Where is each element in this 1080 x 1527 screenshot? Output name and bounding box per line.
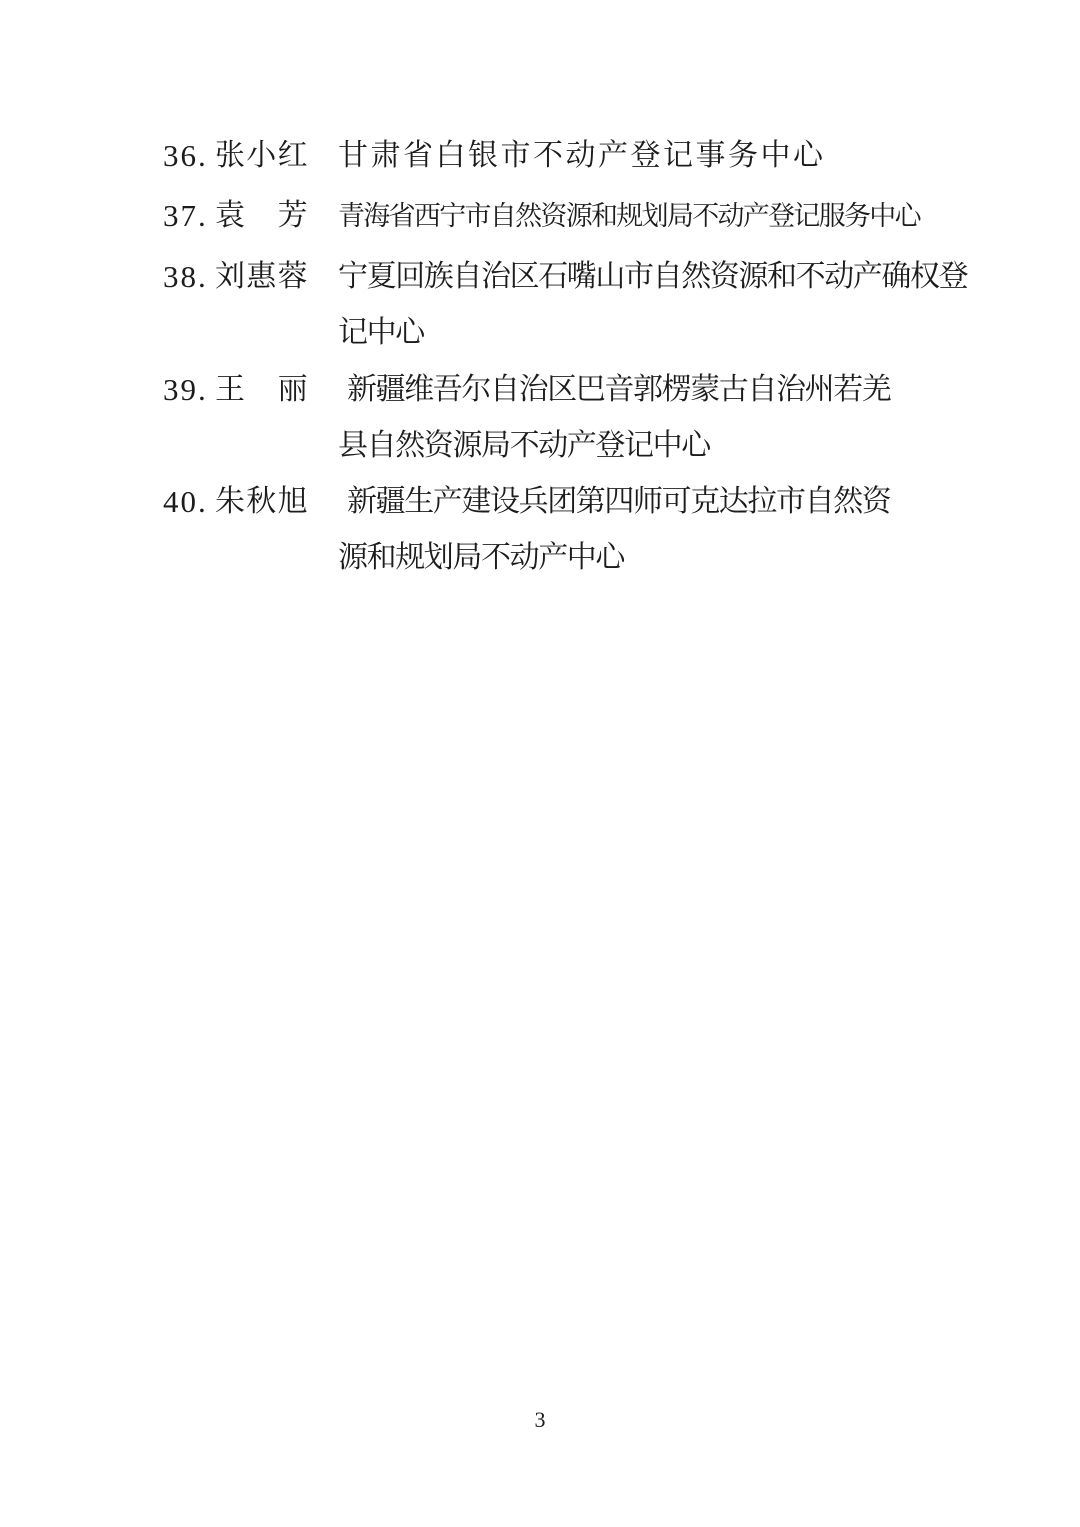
entry-person-name: 刘惠蓉 [215,249,338,305]
entry-organization: 青海省西宁市自然资源和规划局不动产登记服务中心 [338,188,953,244]
organization-line: 源和规划局不动产中心 [338,530,953,586]
list-item: 38. 刘惠蓉 宁夏回族自治区石嘴山市自然资源和不动产确权登 记中心 [163,249,1080,361]
organization-line: 青海省西宁市自然资源和规划局不动产登记服务中心 [338,188,953,244]
page-number: 3 [0,1407,1080,1433]
entry-person-name: 张小红 [215,128,338,184]
organization-line: 县自然资源局不动产登记中心 [338,418,953,474]
entry-organization: 甘肃省白银市不动产登记事务中心 [338,128,953,184]
organization-line: 宁夏回族自治区石嘴山市自然资源和不动产确权登 [338,249,953,305]
organization-line: 新疆维吾尔自治区巴音郭楞蒙古自治州若羌 [338,362,953,418]
organization-line: 甘肃省白银市不动产登记事务中心 [338,128,953,184]
entry-organization: 宁夏回族自治区石嘴山市自然资源和不动产确权登 记中心 [338,249,953,361]
entry-organization: 新疆生产建设兵团第四师可克达拉市自然资 源和规划局不动产中心 [338,474,953,586]
list-item: 36. 张小红 甘肃省白银市不动产登记事务中心 [163,128,1080,184]
entry-number: 38. [163,249,215,305]
entry-person-name: 王 丽 [215,362,338,418]
entry-number: 40. [163,474,215,530]
entry-person-name: 袁 芳 [215,188,338,244]
list-item: 37. 袁 芳 青海省西宁市自然资源和规划局不动产登记服务中心 [163,188,1080,244]
document-page: 36. 张小红 甘肃省白银市不动产登记事务中心 37. 袁 芳 青海省西宁市自然… [0,0,1080,1527]
entry-number: 36. [163,128,215,184]
entry-number: 37. [163,188,215,244]
entry-number: 39. [163,362,215,418]
entry-organization: 新疆维吾尔自治区巴音郭楞蒙古自治州若羌 县自然资源局不动产登记中心 [338,362,953,474]
entry-person-name: 朱秋旭 [215,474,338,530]
organization-line: 新疆生产建设兵团第四师可克达拉市自然资 [338,474,953,530]
organization-line: 记中心 [338,305,953,361]
awardee-list: 36. 张小红 甘肃省白银市不动产登记事务中心 37. 袁 芳 青海省西宁市自然… [0,0,1080,586]
list-item: 40. 朱秋旭 新疆生产建设兵团第四师可克达拉市自然资 源和规划局不动产中心 [163,474,1080,586]
list-item: 39. 王 丽 新疆维吾尔自治区巴音郭楞蒙古自治州若羌 县自然资源局不动产登记中… [163,362,1080,474]
